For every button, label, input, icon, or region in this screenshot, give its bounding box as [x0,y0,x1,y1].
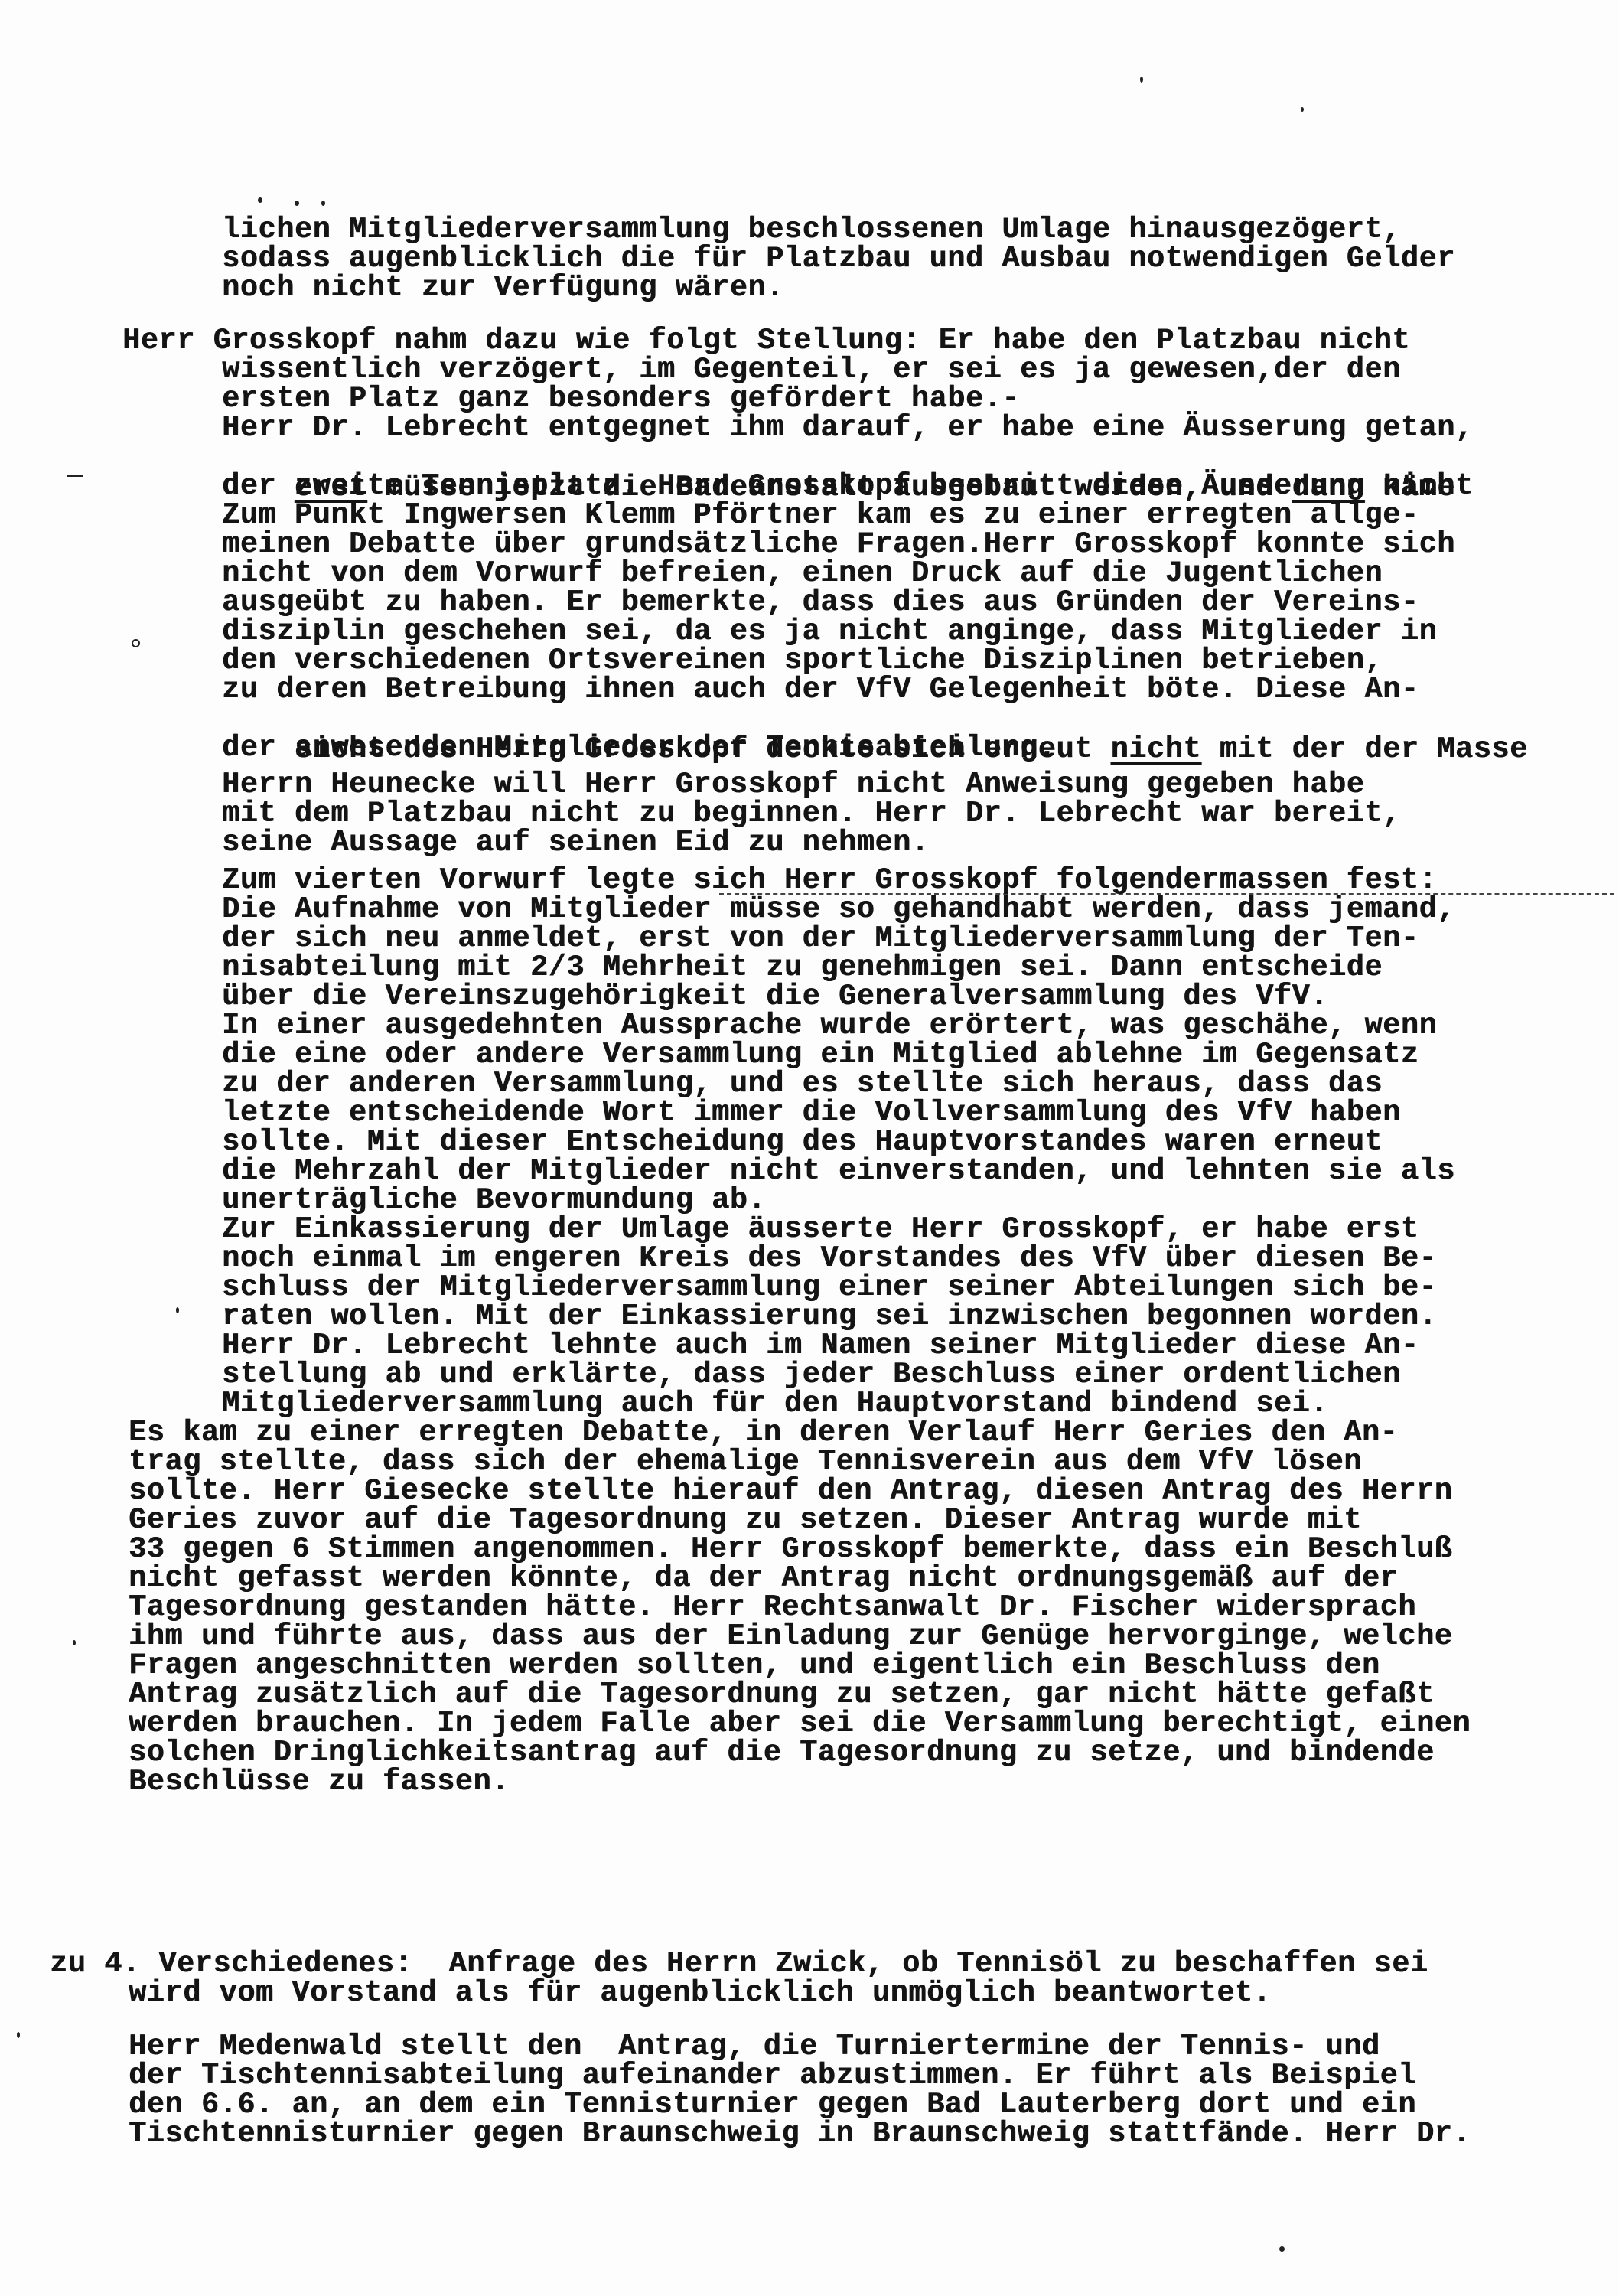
text-line: trag stellte, dass sich der ehemalige Te… [129,1446,1362,1477]
text-span: mit der der Masse [1201,732,1528,766]
text-line: Beschlüsse zu fassen. [129,1766,510,1797]
ink-speck [1140,77,1143,83]
text-line: nisabteilung mit 2/3 Mehrheit zu genehmi… [222,952,1383,983]
text-line: über die Vereinszugehörigkeit die Genera… [222,981,1328,1012]
text-line: sodass augenblicklich die für Platzbau u… [222,243,1455,274]
text-line: Die Aufnahme von Mitglieder müsse so geh… [222,894,1455,925]
text-line: der zweite Tennisplatz. Herr Grosskopf b… [222,471,1474,501]
text-line: Zum vierten Vorwurf legte sich Herr Gros… [222,865,1437,895]
text-line-hanging: Herr Grosskopf nahm dazu wie folgt Stell… [122,325,1410,356]
underlined-word: nicht [1111,732,1202,766]
ink-speck [132,639,140,647]
text-line: zu deren Betreibung ihnen auch der VfV G… [222,674,1419,705]
text-line: wird vom Vorstand als für augenblicklich… [129,1978,1271,2008]
text-line: seine Aussage auf seinen Eid zu nehmen. [222,827,929,858]
ink-speck [295,201,299,206]
ink-speck [176,1307,179,1313]
text-line: noch einmal im engeren Kreis des Vorstan… [222,1243,1437,1274]
agenda-item-heading: zu 4. Verschiedenes: Anfrage des Herrn Z… [50,1949,1428,1979]
text-line: der Tischtennisabteilung aufeinander abz… [129,2060,1416,2091]
text-line: den 6.6. an, an dem ein Tennisturnier ge… [129,2089,1416,2120]
text-line: letzte entscheidende Wort immer die Voll… [222,1097,1401,1128]
text-line: Herr Dr. Lebrecht entgegnet ihm darauf, … [222,413,1474,443]
text-line: Es kam zu einer erregten Debatte, in der… [129,1417,1398,1448]
text-line: ersten Platz ganz besonders gefördert ha… [222,383,1020,414]
text-line: Herrn Heunecke will Herr Grosskopf nicht… [222,769,1364,800]
typewritten-page: lichen Mitgliederversammlung beschlossen… [0,0,1619,2296]
text-line: noch nicht zur Verfügung wären. [222,272,784,303]
text-line: mit dem Platzbau nicht zu beginnen. Herr… [222,798,1401,829]
text-line: zu der anderen Versammlung, und es stell… [222,1068,1383,1099]
text-line: Tagesordnung gestanden hätte. Herr Recht… [129,1592,1416,1623]
text-line: werden brauchen. In jedem Falle aber sei… [129,1708,1471,1739]
text-line: nicht gefasst werden könnte, da der Antr… [129,1563,1398,1593]
text-line: den verschiedenen Ortsvereinen sportlich… [222,645,1383,676]
text-line: Mitgliederversammlung auch für den Haupt… [222,1388,1328,1419]
ink-speck [17,2032,20,2038]
text-line: Herr Medenwald stellt den Antrag, die Tu… [129,2031,1380,2062]
text-line: nicht von dem Vorwurf befreien, einen Dr… [222,558,1383,589]
text-line: die Mehrzahl der Mitglieder nicht einver… [222,1156,1455,1186]
text-line: Herr Dr. Lebrecht lehnte auch im Namen s… [222,1330,1419,1361]
text-line: raten wollen. Mit der Einkassierung sei … [222,1301,1437,1332]
text-line: In einer ausgedehnten Aussprache wurde e… [222,1010,1437,1041]
ink-speck [321,201,325,206]
text-line: ihm und führte aus, dass aus der Einladu… [129,1621,1452,1652]
text-line: wissentlich verzögert, im Gegenteil, er … [222,354,1401,385]
text-line: stellung ab und erklärte, dass jeder Bes… [222,1359,1401,1390]
text-line: solchen Dringlichkeitsantrag auf die Tag… [129,1737,1435,1768]
ink-speck [73,1640,76,1645]
text-line: ausgeübt zu haben. Er bemerkte, dass die… [222,587,1419,618]
text-line: schluss der Mitgliederversammlung einer … [222,1272,1437,1303]
text-line: sollte. Herr Giesecke stellte hierauf de… [129,1476,1452,1506]
ink-speck [1279,2246,1285,2252]
text-line: 33 gegen 6 Stimmen angenommen. Herr Gros… [129,1534,1452,1564]
ink-speck [1301,107,1304,112]
text-line: Tischtennisturnier gegen Braunschweig in… [129,2118,1471,2149]
text-line: lichen Mitgliederversammlung beschlossen… [222,214,1401,245]
text-line: der anwesenden Mitglieder der Tennisabte… [222,732,1056,763]
text-line: disziplin geschehen sei, da es ja nicht … [222,616,1437,647]
ink-speck [258,197,262,203]
text-line: meinen Debatte über grundsätzliche Frage… [222,529,1455,559]
text-line: Zum Punkt Ingwersen Klemm Pförtner kam e… [222,500,1419,530]
text-line: Fragen angeschnitten werden sollten, und… [129,1650,1380,1681]
text-line: Geries zuvor auf die Tagesordnung zu set… [129,1505,1362,1535]
text-line: sollte. Mit dieser Entscheidung des Haup… [222,1127,1383,1157]
text-line: die eine oder andere Versammlung ein Mit… [222,1039,1419,1070]
text-line: Antrag zusätzlich auf die Tagesordnung z… [129,1679,1435,1710]
text-line: Zur Einkassierung der Umlage äusserte He… [222,1214,1419,1244]
text-line: der sich neu anmeldet, erst von der Mitg… [222,923,1419,954]
text-line: unerträgliche Bevormundung ab. [222,1185,766,1215]
margin-dash [67,475,83,477]
